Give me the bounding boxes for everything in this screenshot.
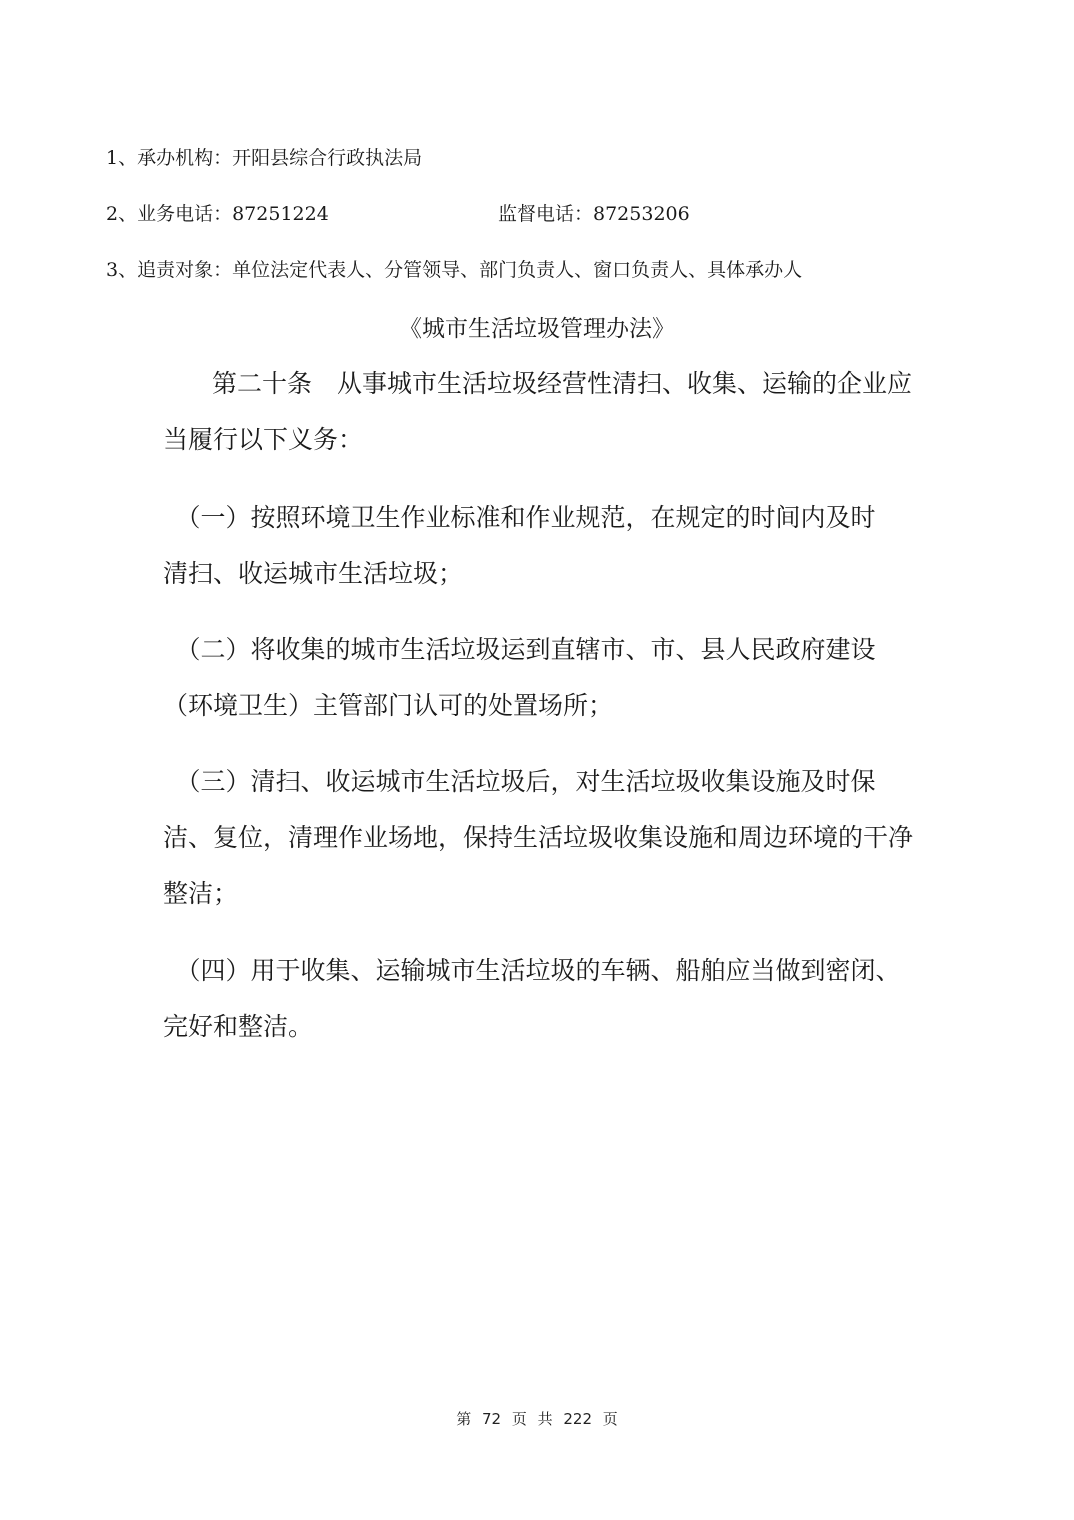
- item-line: （三）清扫、收运城市生活垃圾后，对生活垃圾收集设施及时保: [163, 754, 915, 810]
- supervision-phone: 监督电话：87253206: [498, 202, 690, 226]
- info-line-agency: 1、承办机构：开阳县综合行政执法局: [106, 146, 422, 170]
- item-line: 整洁；: [163, 866, 915, 922]
- item-line: （环境卫生）主管部门认可的处置场所；: [163, 678, 915, 734]
- info-line-accountability: 3、追责对象：单位法定代表人、分管领导、部门负责人、窗口负责人、具体承办人: [106, 258, 802, 282]
- article-line: 第二十条 从事城市生活垃圾经营性清扫、收集、运输的企业应: [162, 356, 915, 412]
- item-line: 清扫、收运城市生活垃圾；: [163, 546, 915, 602]
- article-paragraph: 第二十条 从事城市生活垃圾经营性清扫、收集、运输的企业应 当履行以下义务：: [163, 356, 915, 468]
- item-line: 完好和整洁。: [163, 999, 915, 1055]
- item-2: （二）将收集的城市生活垃圾运到直辖市、市、县人民政府建设 （环境卫生）主管部门认…: [163, 622, 915, 734]
- article-line: 当履行以下义务：: [163, 412, 915, 468]
- item-line: （二）将收集的城市生活垃圾运到直辖市、市、县人民政府建设: [163, 622, 915, 678]
- item-line: （四）用于收集、运输城市生活垃圾的车辆、船舶应当做到密闭、: [163, 943, 915, 999]
- item-3: （三）清扫、收运城市生活垃圾后，对生活垃圾收集设施及时保 洁、复位，清理作业场地…: [163, 754, 915, 922]
- document-title: 《城市生活垃圾管理办法》: [0, 314, 1074, 344]
- item-1: （一）按照环境卫生作业标准和作业规范，在规定的时间内及时 清扫、收运城市生活垃圾…: [163, 490, 915, 602]
- business-phone: 2、业务电话：87251224: [106, 203, 329, 225]
- item-4: （四）用于收集、运输城市生活垃圾的车辆、船舶应当做到密闭、 完好和整洁。: [163, 943, 915, 1055]
- info-line-phones: 2、业务电话：87251224 监督电话：87253206: [106, 202, 329, 226]
- page-footer: 第 72 页 共 222 页: [0, 1408, 1074, 1429]
- item-line: 洁、复位，清理作业场地，保持生活垃圾收集设施和周边环境的干净: [163, 810, 915, 866]
- item-line: （一）按照环境卫生作业标准和作业规范，在规定的时间内及时: [163, 490, 915, 546]
